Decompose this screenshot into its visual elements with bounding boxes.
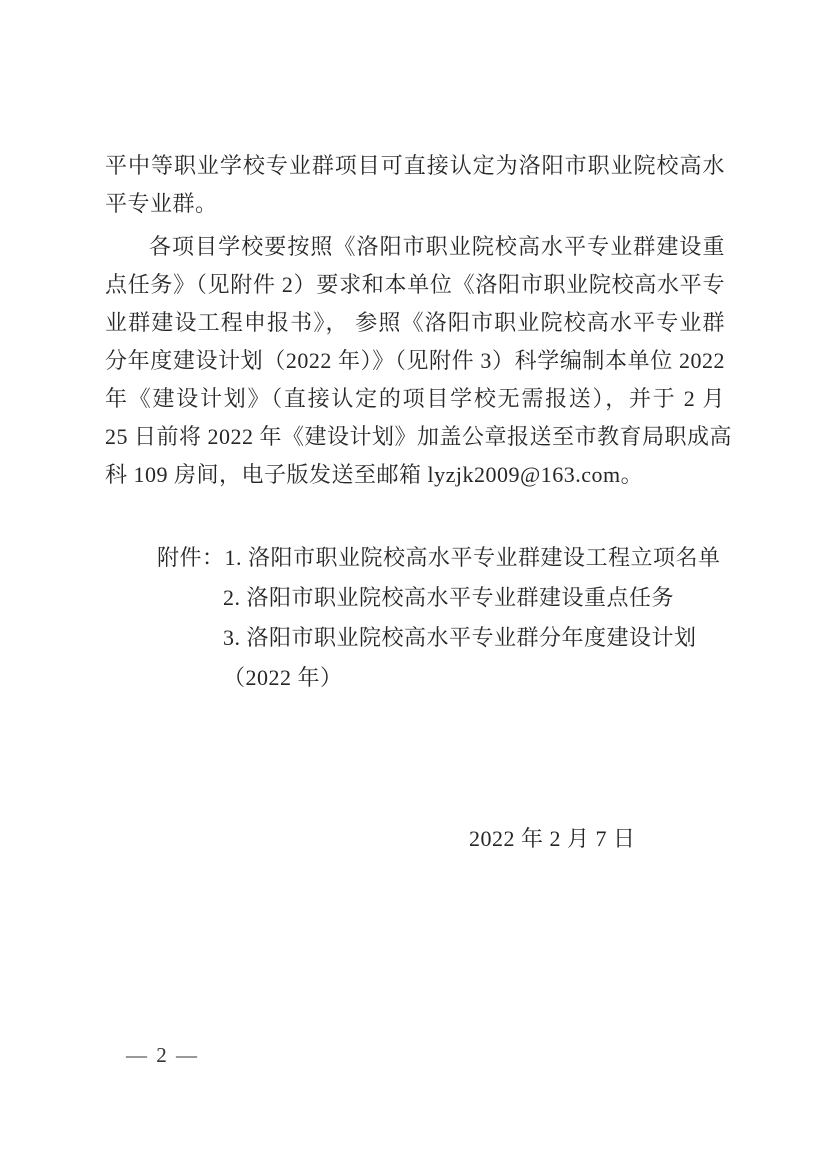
- attachment-item-2: 2. 洛阳市职业院校高水平专业群建设重点任务: [157, 578, 721, 618]
- text-line: 年《建设计划》（直接认定的项目学校无需报送），并于 2 月: [105, 380, 725, 418]
- attachments-label: 附件：: [157, 545, 225, 570]
- attachment-line: 附件：1. 洛阳市职业院校高水平专业群建设工程立项名单: [157, 538, 721, 578]
- document-date: 2022 年 2 月 7 日: [469, 824, 636, 854]
- text-line: 业群建设工程申报书》， 参照《洛阳市职业院校高水平专业群: [105, 304, 725, 342]
- paragraph-continuation: 平中等职业学校专业群项目可直接认定为洛阳市职业院校高水 平专业群。: [105, 147, 725, 223]
- text-line: 各项目学校要按照《洛阳市职业院校高水平专业群建设重: [105, 228, 725, 266]
- document-page: 平中等职业学校专业群项目可直接认定为洛阳市职业院校高水 平专业群。 各项目学校要…: [0, 0, 831, 1175]
- text-line: 科 109 房间，电子版发送至邮箱 lyzjk2009@163.com。: [105, 456, 725, 494]
- paragraph-main: 各项目学校要按照《洛阳市职业院校高水平专业群建设重 点任务》（见附件 2）要求和…: [105, 228, 725, 494]
- attachment-item-3-continuation: （2022 年）: [157, 658, 721, 698]
- text-line: 平中等职业学校专业群项目可直接认定为洛阳市职业院校高水: [105, 147, 725, 185]
- text-line: 点任务》（见附件 2）要求和本单位《洛阳市职业院校高水平专: [105, 266, 725, 304]
- text-line: 分年度建设计划（2022 年）》（见附件 3）科学编制本单位 2022: [105, 342, 725, 380]
- page-number: — 2 —: [126, 1042, 199, 1068]
- document-body: 平中等职业学校专业群项目可直接认定为洛阳市职业院校高水 平专业群。 各项目学校要…: [105, 147, 725, 494]
- attachment-item-3: 3. 洛阳市职业院校高水平专业群分年度建设计划: [157, 618, 721, 658]
- text-line: 25 日前将 2022 年《建设计划》加盖公章报送至市教育局职成高: [105, 418, 725, 456]
- text-line: 平专业群。: [105, 185, 725, 223]
- attachment-item-1: 1. 洛阳市职业院校高水平专业群建设工程立项名单: [225, 545, 721, 570]
- attachments-list: 附件：1. 洛阳市职业院校高水平专业群建设工程立项名单 2. 洛阳市职业院校高水…: [157, 538, 721, 698]
